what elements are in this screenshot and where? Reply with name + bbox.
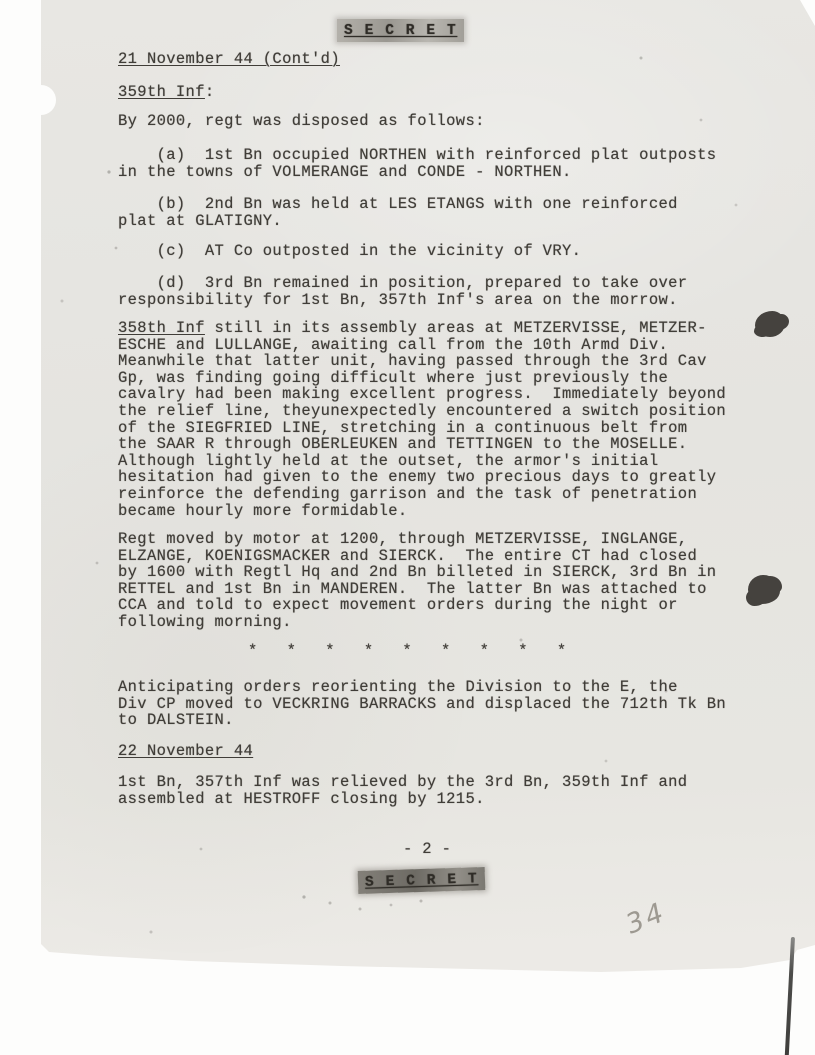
disposition-item-c: (c) AT Co outposted in the vicinity of V… bbox=[118, 243, 581, 260]
section-heading-359th-text: 359th Inf bbox=[118, 83, 205, 101]
secret-stamp-bottom: S E C R E T bbox=[358, 867, 486, 894]
paragraph-1st-bn-relief: 1st Bn, 357th Inf was relieved by the 3r… bbox=[118, 774, 758, 807]
secret-stamp-top: S E C R E T bbox=[337, 19, 464, 42]
paragraph-regt-movement: Regt moved by motor at 1200, through MET… bbox=[118, 531, 758, 631]
ink-blot-top bbox=[755, 311, 785, 337]
asterisk-separator: * * * * * * * * * bbox=[248, 643, 567, 660]
disposition-item-b: (b) 2nd Bn was held at LES ETANGS with o… bbox=[118, 196, 678, 229]
disposition-item-a: (a) 1st Bn occupied NORTHEN with reinfor… bbox=[118, 147, 716, 180]
paper-speckles bbox=[41, 0, 43, 2]
page-number: - 2 - bbox=[403, 841, 451, 858]
section-heading-359th-colon: : bbox=[205, 83, 215, 101]
punch-hole bbox=[26, 85, 56, 115]
disposition-item-d: (d) 3rd Bn remained in position, prepare… bbox=[118, 275, 687, 308]
handwritten-page-number: 34 bbox=[622, 897, 671, 941]
paragraph-division-cp: Anticipating orders reorienting the Divi… bbox=[118, 679, 758, 729]
section-heading-359th: 359th Inf: bbox=[118, 84, 215, 101]
scanned-page-stage: S E C R E T 21 November 44 (Cont'd) 359t… bbox=[0, 0, 815, 1055]
disposition-intro-line: By 2000, regt was disposed as follows: bbox=[118, 113, 485, 130]
document-page: S E C R E T 21 November 44 (Cont'd) 359t… bbox=[41, 0, 815, 978]
date-heading-22nov: 22 November 44 bbox=[118, 743, 253, 760]
date-heading-21nov-contd: 21 November 44 (Cont'd) bbox=[118, 51, 340, 68]
paragraph-358th-inf-body: still in its assembly areas at METZERVIS… bbox=[118, 319, 726, 520]
paragraph-358th-inf-lead: 358th Inf bbox=[118, 319, 205, 337]
ink-blot-bottom bbox=[748, 575, 780, 604]
paragraph-358th-inf: 358th Inf still in its assembly areas at… bbox=[118, 320, 758, 519]
